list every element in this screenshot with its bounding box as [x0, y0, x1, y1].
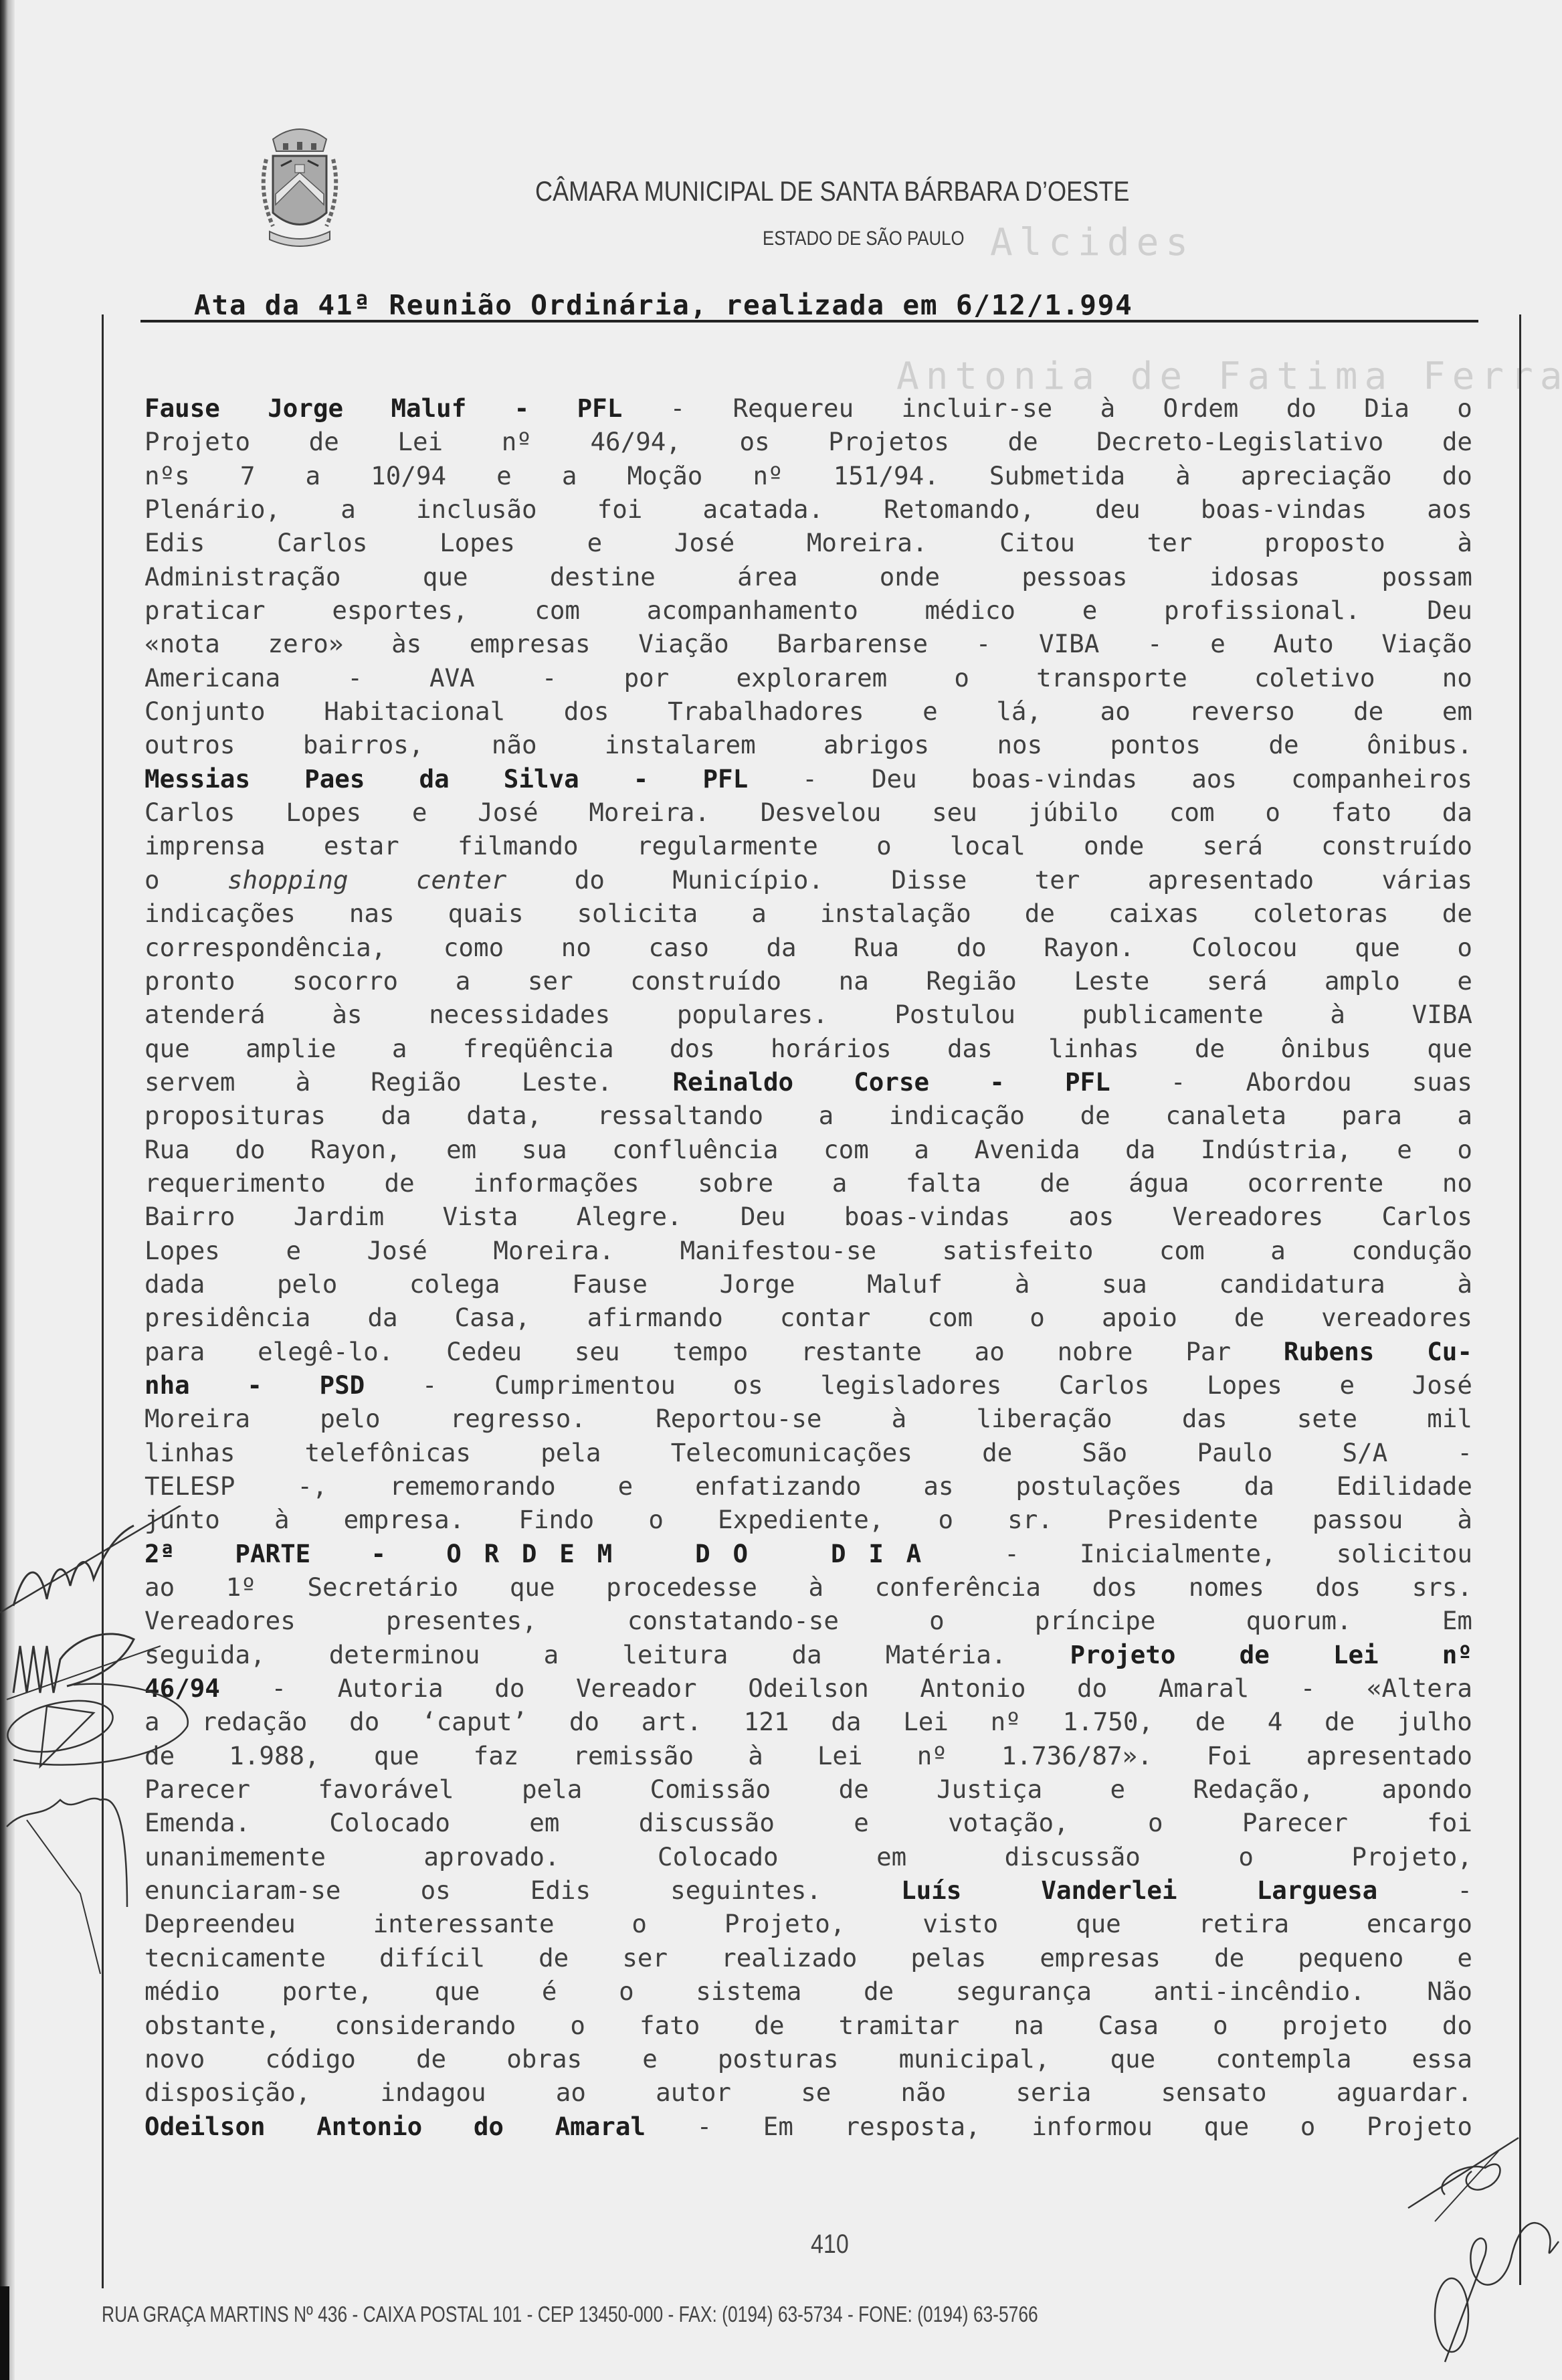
minutes-line: MessiasPaesdaSilva-PFL-Deuboas-vindasaos…	[144, 762, 1472, 796]
coat-of-arms-icon	[246, 119, 353, 253]
minutes-line: indicaçõesnasquaissolicitaainstalaçãodec…	[144, 897, 1472, 930]
minutes-line: queamplieafreqüênciadoshoráriosdaslinhas…	[144, 1032, 1472, 1065]
minutes-line: Plenário,ainclusãofoiacatada.Retomando,d…	[144, 492, 1472, 526]
minutes-line: unanimementeaprovado.Colocadoemdiscussão…	[144, 1840, 1472, 1873]
minutes-line: nha-PSD-CumprimentouoslegisladoresCarlos…	[144, 1368, 1472, 1402]
minutes-line: juntoàempresa.FindooExpediente,osr.Presi…	[144, 1503, 1472, 1536]
minutes-line: BairroJardimVistaAlegre.Deuboas-vindasao…	[144, 1200, 1472, 1233]
minutes-line: nºs7a10/94eaMoçãonº151/94.Submetidaàapre…	[144, 459, 1472, 492]
minutes-line: DepreendeuinteressanteoProjeto,vistoquer…	[144, 1907, 1472, 1940]
minutes-line: Vereadorespresentes,constatando-seoprínc…	[144, 1604, 1472, 1637]
minutes-line: prontosocorroaserconstruídonaRegiãoLeste…	[144, 964, 1472, 998]
minutes-line: servemàRegiãoLeste.ReinaldoCorse-PFL-Abo…	[144, 1065, 1472, 1099]
minutes-line: imprensaestarfilmandoregularmenteolocalo…	[144, 829, 1472, 862]
minutes-line: CarlosLopeseJoséMoreira.Desvelouseujúbil…	[144, 796, 1472, 829]
minutes-line: requerimentodeinformaçõessobreafaltadeág…	[144, 1166, 1472, 1200]
minutes-line: 2ªPARTE-ORDEMDODIA-Inicialmente,solicito…	[144, 1537, 1472, 1570]
minutes-line: OdeilsonAntoniodoAmaral-Emresposta,infor…	[144, 2110, 1472, 2143]
minutes-line: Moreirapeloregresso.Reportou-seàliberaçã…	[144, 1402, 1472, 1435]
minutes-line: Emenda.Colocadoemdiscussãoevotação,oPare…	[144, 1806, 1472, 1839]
minutes-line: disposição,indagouaoautorsenãoseriasensa…	[144, 2076, 1472, 2109]
minutes-line: atenderáàsnecessidadespopulares.Postulou…	[144, 998, 1472, 1031]
minutes-line: médioporte,queéosistemadesegurançaanti-i…	[144, 1975, 1472, 2008]
document-title: Ata da 41ª Reunião Ordinária, realizada …	[194, 289, 1133, 321]
minutes-line: tecnicamentedifícildeserrealizadopelasem…	[144, 1941, 1472, 1975]
minutes-line: Americana-AVA-porexploraremotransporteco…	[144, 661, 1472, 695]
minutes-line: novocódigodeobraseposturasmunicipal,quec…	[144, 2042, 1472, 2076]
minutes-line: dadapelocolegaFauseJorgeMalufàsuacandida…	[144, 1267, 1472, 1301]
page-number: 410	[811, 2229, 849, 2260]
minutes-line: ParecerfavorávelpelaComissãodeJustiçaeRe…	[144, 1772, 1472, 1806]
minutes-line: presidênciadaCasa,afirmandocontarcomoapo…	[144, 1301, 1472, 1334]
minutes-body: FauseJorgeMaluf-PFL-Requereuincluir-seàO…	[144, 391, 1472, 2143]
minutes-line: obstante,considerandoofatodetramitarnaCa…	[144, 2009, 1472, 2042]
minutes-line: outrosbairros,nãoinstalaremabrigosnospon…	[144, 728, 1472, 761]
minutes-line: EdisCarlosLopeseJoséMoreira.Citouterprop…	[144, 526, 1472, 559]
minutes-line: enunciaram-seosEdisseguintes.LuísVanderl…	[144, 1873, 1472, 1907]
minutes-line: TELESP-,rememorandoeenfatizandoaspostula…	[144, 1469, 1472, 1503]
minutes-line: «notazero»àsempresasViaçãoBarbarense-VIB…	[144, 627, 1472, 660]
minutes-line: aredaçãodo‘caput’doart.121daLeinº1.750,d…	[144, 1705, 1472, 1738]
organization-state: ESTADO DE SÃO PAULO	[763, 227, 965, 250]
show-through-text: Alcides	[990, 221, 1195, 264]
minutes-line: ao1ºSecretárioqueprocedesseàconferênciad…	[144, 1570, 1472, 1604]
minutes-line: paraelegê-lo.Cedeuseutemporestanteaonobr…	[144, 1335, 1472, 1368]
title-underline	[140, 320, 1478, 323]
left-margin-rule	[102, 314, 104, 2288]
minutes-line: oshoppingcenterdoMunicípio.Disseterapres…	[144, 863, 1472, 897]
minutes-line: ConjuntoHabitacionaldosTrabalhadoreselá,…	[144, 695, 1472, 728]
minutes-line: praticaresportes,comacompanhamentomédico…	[144, 593, 1472, 627]
minutes-line: FauseJorgeMaluf-PFL-Requereuincluir-seàO…	[144, 391, 1472, 425]
minutes-line: ProjetodeLeinº46/94,osProjetosdeDecreto-…	[144, 425, 1472, 458]
minutes-line: LopeseJoséMoreira.Manifestou-sesatisfeit…	[144, 1234, 1472, 1267]
minutes-line: RuadoRayon,emsuaconfluênciacomaAvenidada…	[144, 1133, 1472, 1166]
scan-edge-shadow-bottom	[0, 2286, 9, 2380]
minutes-line: propositurasdadata,ressaltandoaindicação…	[144, 1099, 1472, 1132]
minutes-line: de1.988,quefazremissãoàLeinº1.736/87».Fo…	[144, 1739, 1472, 1772]
right-margin-rule	[1519, 314, 1521, 2285]
minutes-line: linhastelefônicaspelaTelecomunicaçõesdeS…	[144, 1436, 1472, 1469]
minutes-line: correspondência,comonocasodaRuadoRayon.C…	[144, 931, 1472, 964]
scan-edge-shadow	[0, 0, 15, 2380]
minutes-line: seguida,determinoualeituradaMatéria.Proj…	[144, 1638, 1472, 1671]
minutes-line: Administraçãoquedestineáreaondepessoasid…	[144, 560, 1472, 593]
right-margin-signatures-icon	[1405, 2134, 1562, 2380]
organization-name: CÂMARA MUNICIPAL DE SANTA BÁRBARA D’OEST…	[535, 175, 1168, 207]
minutes-line: 46/94-AutoriadoVereadorOdeilsonAntoniodo…	[144, 1671, 1472, 1705]
footer-address: RUA GRAÇA MARTINS Nº 436 - CAIXA POSTAL …	[102, 2302, 1236, 2327]
